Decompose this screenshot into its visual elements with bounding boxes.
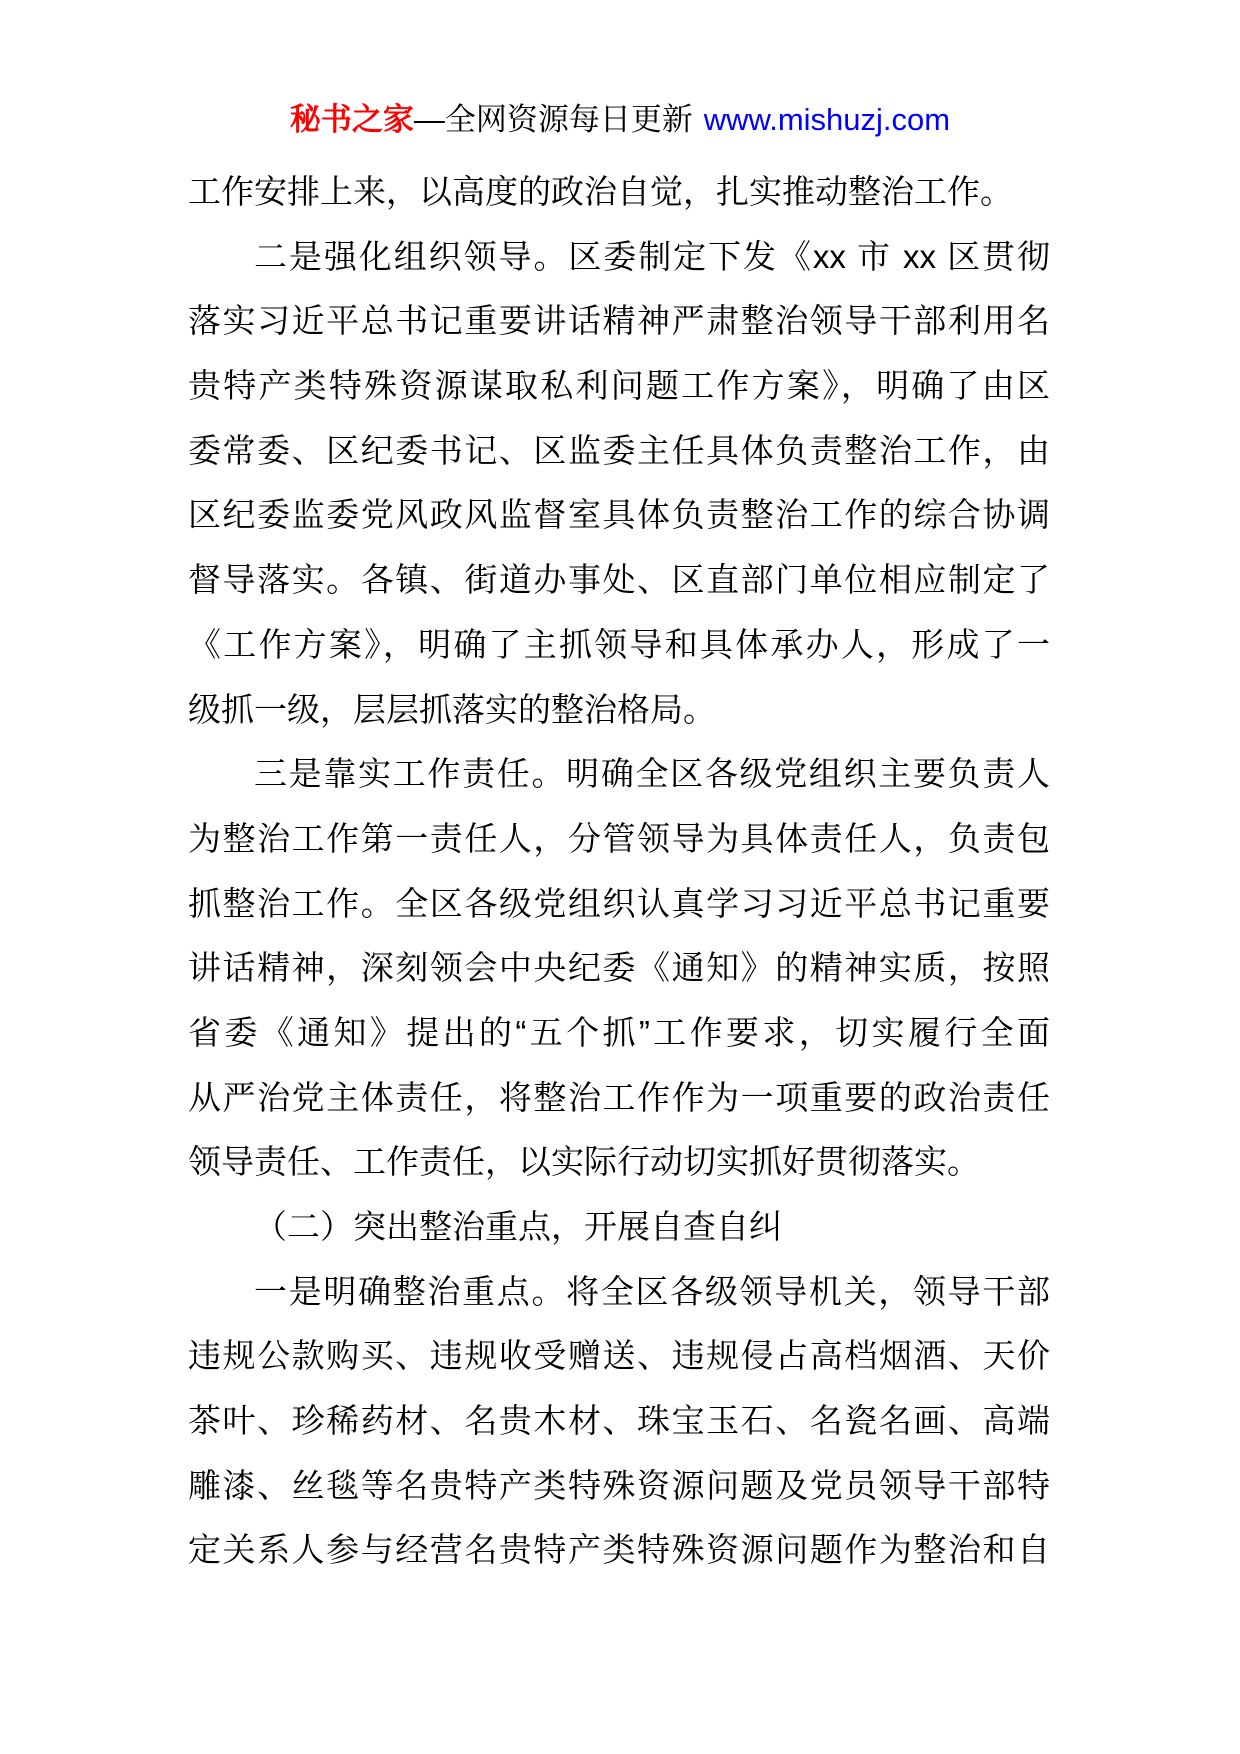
text-line: 二是强化组织领导。区委制定下发《xx 市 xx 区贯彻	[188, 225, 1050, 290]
document-page: { "header": { "brand": "秘书之家", "dash": "…	[0, 0, 1240, 1754]
site-brand: 秘书之家	[290, 102, 414, 137]
text-line: 从严治党主体责任，将整治工作作为一项重要的政治责任	[188, 1066, 1050, 1131]
text-line: 茶叶、珍稀药材、名贵木材、珠宝玉石、名瓷名画、高端	[188, 1389, 1050, 1454]
text-line: （二）突出整治重点，开展自查自纠	[188, 1195, 1050, 1260]
dash-separator: —	[414, 102, 445, 137]
text-line: 三是靠实工作责任。明确全区各级党组织主要负责人	[188, 742, 1050, 807]
text-line: 省委《通知》提出的“五个抓”工作要求，切实履行全面	[188, 1001, 1050, 1066]
text-line: 《工作方案》，明确了主抓领导和具体承办人，形成了一	[188, 613, 1050, 678]
text-line: 区纪委监委党风政风监督室具体负责整治工作的综合协调	[188, 483, 1050, 548]
text-line: 为整治工作第一责任人，分管领导为具体责任人，负责包	[188, 807, 1050, 872]
text-line: 抓整治工作。全区各级党组织认真学习习近平总书记重要	[188, 872, 1050, 937]
text-line: 工作安排上来，以高度的政治自觉，扎实推动整治工作。	[188, 160, 1050, 225]
text-line: 委常委、区纪委书记、区监委主任具体负责整治工作，由	[188, 419, 1050, 484]
text-line: 讲话精神，深刻领会中央纪委《通知》的精神实质，按照	[188, 936, 1050, 1001]
text-line: 一是明确整治重点。将全区各级领导机关，领导干部	[188, 1260, 1050, 1325]
text-line: 雕漆、丝毯等名贵特产类特殊资源问题及党员领导干部特	[188, 1454, 1050, 1519]
text-line: 违规公款购买、违规收受赠送、违规侵占高档烟酒、天价	[188, 1324, 1050, 1389]
text-line: 定关系人参与经营名贵特产类特殊资源问题作为整治和自	[188, 1518, 1050, 1583]
site-tagline: 全网资源每日更新	[445, 102, 693, 137]
page-header: 秘书之家—全网资源每日更新www.mishuzj.com	[0, 100, 1240, 140]
text-line: 督导落实。各镇、街道办事处、区直部门单位相应制定了	[188, 548, 1050, 613]
text-line: 领导责任、工作责任，以实际行动切实抓好贯彻落实。	[188, 1130, 1050, 1195]
text-line: 级抓一级，层层抓落实的整治格局。	[188, 678, 1050, 743]
document-body: 工作安排上来，以高度的政治自觉，扎实推动整治工作。 二是强化组织领导。区委制定下…	[188, 160, 1050, 1583]
text-line: 贵特产类特殊资源谋取私利问题工作方案》，明确了由区	[188, 354, 1050, 419]
text-line: 落实习近平总书记重要讲话精神严肃整治领导干部利用名	[188, 289, 1050, 354]
site-url[interactable]: www.mishuzj.com	[704, 102, 950, 137]
